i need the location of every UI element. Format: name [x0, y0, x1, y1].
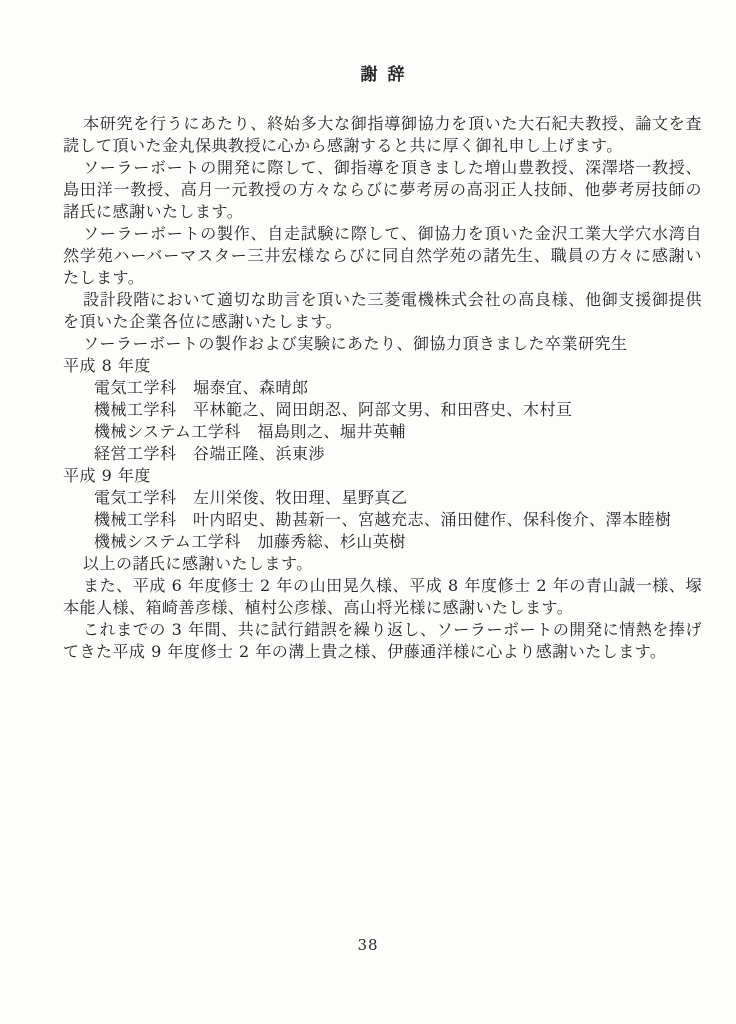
paragraph-final-thanks: これまでの 3 年間、共に試行錯誤を繰り返し、ソーラーボートの開発に情熱を捧げて… — [63, 619, 702, 663]
paragraph-graduate-students-intro: ソーラーボートの製作および実験にあたり、御協力頂きました卒業研究生 — [63, 333, 702, 355]
year-heading-heisei9: 平成 9 年度 — [63, 465, 702, 487]
paragraph-boat-construction-tests: ソーラーボートの製作、自走試験に際して、御協力を頂いた金沢工業大学穴水湾自然学苑… — [63, 223, 702, 289]
paragraph-masters-students: また、平成 6 年度修士 2 年の山田晃久様、平成 8 年度修士 2 年の青山誠… — [63, 575, 702, 619]
dept-line-h8-management: 経営工学科 谷端正隆、浜東渉 — [63, 443, 702, 465]
document-page: 謝辞 本研究を行うにあたり、終始多大な御指導御協力を頂いた大石紀夫教授、論文を査… — [0, 0, 736, 1024]
dept-line-h9-electrical: 電気工学科 左川栄俊、牧田理、星野真乙 — [63, 487, 702, 509]
paragraph-boat-development: ソーラーボートの開発に際して、御指導を頂きました増山豊教授、深澤塔一教授、島田洋… — [63, 157, 702, 223]
text-column: 謝辞 本研究を行うにあたり、終始多大な御指導御協力を頂いた大石紀夫教授、論文を査… — [63, 64, 702, 663]
paragraph-acknowledge-professors: 本研究を行うにあたり、終始多大な御指導御協力を頂いた大石紀夫教授、論文を査読して… — [63, 113, 702, 157]
page-title: 謝辞 — [63, 64, 702, 86]
page-number: 38 — [0, 936, 736, 954]
dept-line-h9-mechanical: 機械工学科 叶内昭史、勘甚新一、宮越充志、涌田健作、保科俊介、澤本睦樹 — [63, 509, 702, 531]
year-heading-heisei8: 平成 8 年度 — [63, 355, 702, 377]
dept-line-h9-mech-systems: 機械システム工学科 加藤秀総、杉山英樹 — [63, 531, 702, 553]
dept-line-h8-electrical: 電気工学科 堀泰宜、森晴郎 — [63, 377, 702, 399]
paragraph-design-advice: 設計段階において適切な助言を頂いた三菱電機株式会社の高良様、他御支援御提供を頂い… — [63, 289, 702, 333]
dept-line-h8-mech-systems: 機械システム工学科 福島則之、堀井英輔 — [63, 421, 702, 443]
dept-line-h8-mechanical: 機械工学科 平林範之、岡田朗忍、阿部文男、和田啓史、木村亘 — [63, 399, 702, 421]
paragraph-thanks-all: 以上の諸氏に感謝いたします。 — [63, 553, 702, 575]
